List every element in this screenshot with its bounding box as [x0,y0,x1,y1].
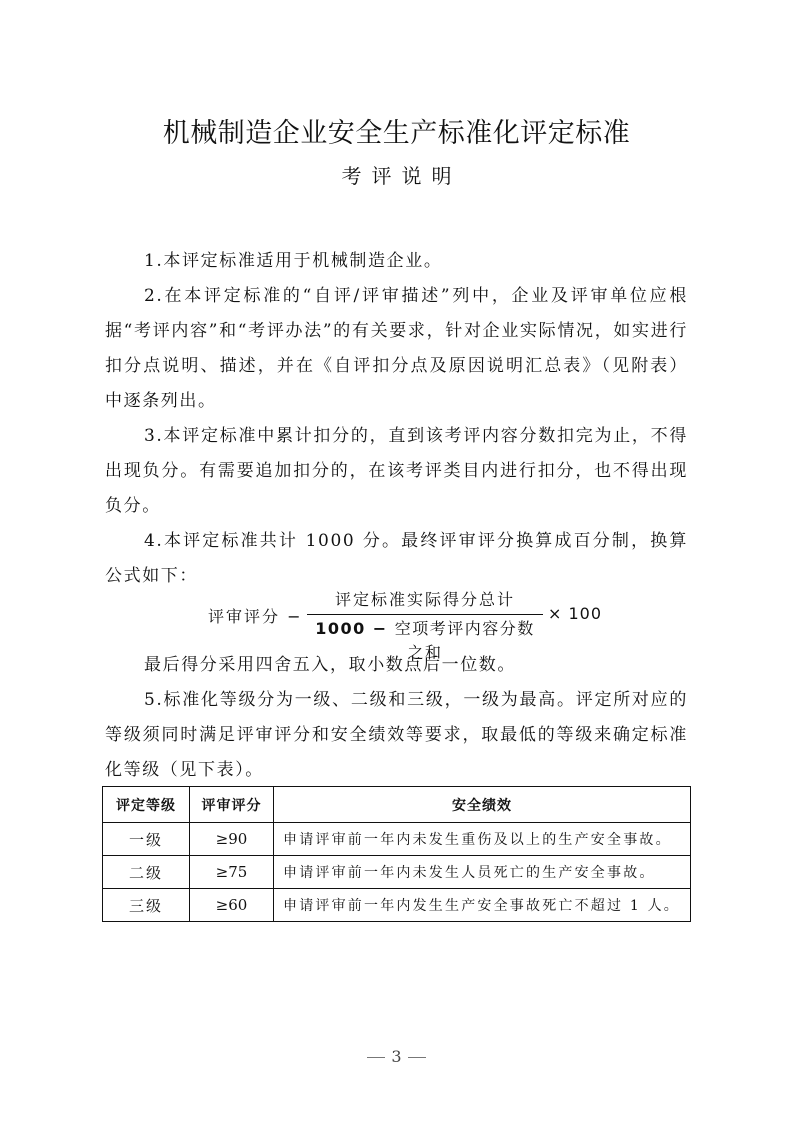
body-section-2: 最后得分采用四舍五入，取小数点后一位数。 5.标准化等级分为一级、二级和三级，一… [105,648,688,788]
dash-left [367,1057,385,1058]
cell-level: 一级 [103,823,190,856]
table-row: 一级 ≥90 申请评审前一年内未发生重伤及以上的生产安全事故。 [103,823,691,856]
formula-multiplier: × 100 [548,604,602,623]
formula-lhs: 评审评分 − [208,604,303,627]
grade-table: 评定等级 评审评分 安全绩效 一级 ≥90 申请评审前一年内未发生重伤及以上的生… [102,786,691,922]
document-title: 机械制造企业安全生产标准化评定标准 [0,116,793,152]
document-subtitle: 考评说明 [0,162,793,190]
table-header-row: 评定等级 评审评分 安全绩效 [103,787,691,823]
paragraph-4: 4.本评定标准共计 1000 分。最终评审评分换算成百分制，换算公式如下： [105,524,688,594]
paragraph-rounding: 最后得分采用四舍五入，取小数点后一位数。 [105,648,688,683]
paragraph-1: 1.本评定标准适用于机械制造企业。 [105,244,688,279]
denominator-number: 1000 − [315,619,395,638]
paragraph-5: 5.标准化等级分为一级、二级和三级，一级为最高。评定所对应的等级须同时满足评审评… [105,683,688,788]
body-section-1: 1.本评定标准适用于机械制造企业。 2.在本评定标准的“自评/评审描述”列中，企… [105,244,688,594]
cell-performance: 申请评审前一年内未发生重伤及以上的生产安全事故。 [274,823,691,856]
score-formula: 评审评分 − 评定标准实际得分总计 1000 − 空项考评内容分数之和 × 10… [208,588,628,644]
cell-level: 二级 [103,856,190,889]
page-number-footer: 3 [0,1047,793,1067]
dash-right [408,1057,426,1058]
table-row: 三级 ≥60 申请评审前一年内发生生产安全事故死亡不超过 1 人。 [103,889,691,922]
formula-numerator: 评定标准实际得分总计 [307,588,543,614]
cell-score: ≥90 [190,823,274,856]
paragraph-2: 2.在本评定标准的“自评/评审描述”列中，企业及评审单位应根据“考评内容”和“考… [105,279,688,419]
cell-level: 三级 [103,889,190,922]
cell-score: ≥60 [190,889,274,922]
cell-performance: 申请评审前一年内未发生人员死亡的生产安全事故。 [274,856,691,889]
header-level: 评定等级 [103,787,190,823]
cell-performance: 申请评审前一年内发生生产安全事故死亡不超过 1 人。 [274,889,691,922]
header-score: 评审评分 [190,787,274,823]
fraction-bar [307,614,543,615]
header-performance: 安全绩效 [274,787,691,823]
cell-score: ≥75 [190,856,274,889]
page-number: 3 [391,1047,401,1066]
document-page: 机械制造企业安全生产标准化评定标准 考评说明 1.本评定标准适用于机械制造企业。… [0,0,793,1122]
paragraph-3: 3.本评定标准中累计扣分的，直到该考评内容分数扣完为止，不得出现负分。有需要追加… [105,419,688,524]
table-row: 二级 ≥75 申请评审前一年内未发生人员死亡的生产安全事故。 [103,856,691,889]
